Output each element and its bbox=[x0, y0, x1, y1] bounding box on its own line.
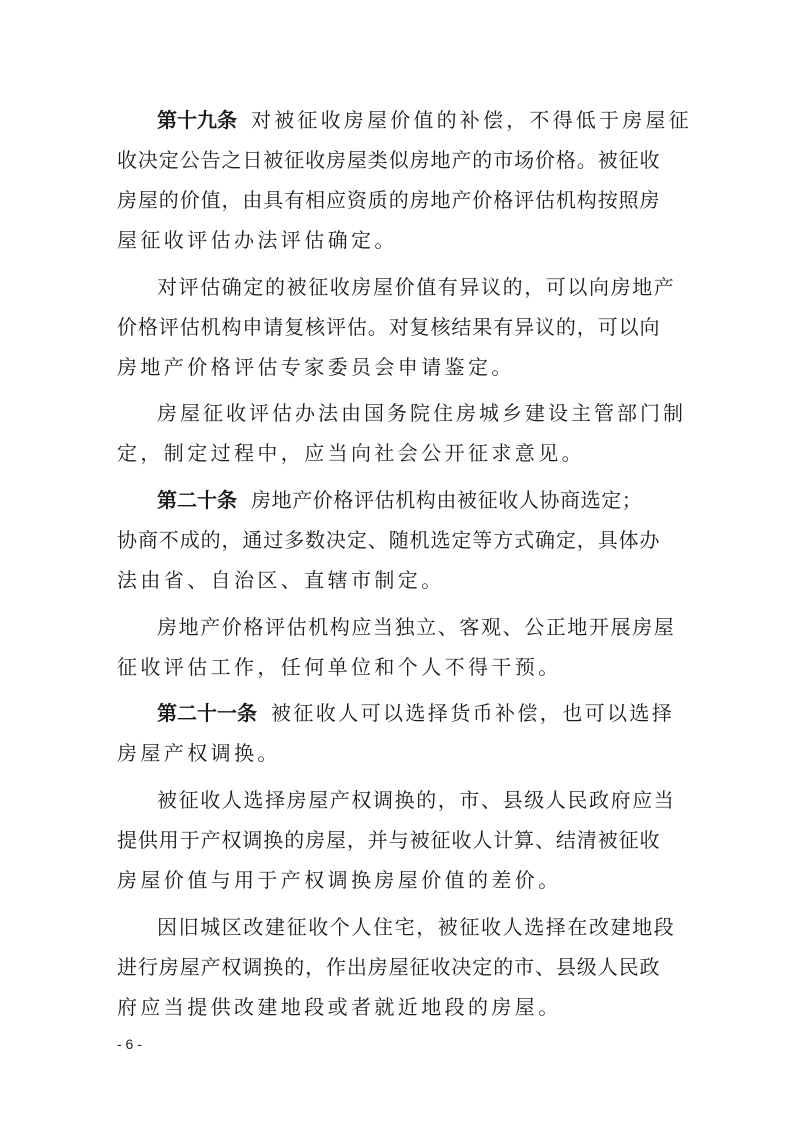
paragraph-line: 房屋价值与用于产权调换房屋价值的差价。 bbox=[117, 860, 677, 900]
article-heading: 第二十一条 bbox=[157, 693, 257, 733]
paragraph-line: 府应当提供改建地段或者就近地段的房屋。 bbox=[117, 987, 677, 1027]
page-number: - 6 - bbox=[117, 1036, 142, 1052]
paragraph-line: 第十九条 对被征收房屋价值的补偿，不得低于房屋征 bbox=[117, 100, 677, 140]
text-line: 房屋的价值，由具有相应资质的房地产价格评估机构按照房 bbox=[117, 180, 660, 220]
text-line: 因旧城区改建征收个人住宅，被征收人选择在改建地段 bbox=[157, 907, 675, 947]
paragraph-line: 因旧城区改建征收个人住宅，被征收人选择在改建地段 bbox=[117, 907, 677, 947]
text-line: 府应当提供改建地段或者就近地段的房屋。 bbox=[117, 987, 562, 1027]
text-line: 房地产价格评估机构应当独立、客观、公正地开展房屋 bbox=[157, 607, 675, 647]
text-line: 房屋价值与用于产权调换房屋价值的差价。 bbox=[117, 860, 562, 900]
paragraph-line: 房地产价格评估专家委员会申请鉴定。 bbox=[117, 347, 677, 387]
text-line: 提供用于产权调换的房屋，并与被征收人计算、结清被征收 bbox=[117, 820, 660, 860]
paragraph-line: 征收评估工作，任何单位和个人不得干预。 bbox=[117, 647, 677, 687]
text-line: 被征收人可以选择货币补偿，也可以选择 bbox=[271, 693, 677, 733]
article-heading: 第十九条 bbox=[157, 100, 237, 140]
text-line: 对被征收房屋价值的补偿，不得低于房屋征 bbox=[251, 100, 692, 140]
text-line: 定，制定过程中，应当向社会公开征求意见。 bbox=[117, 433, 585, 473]
text-line: 收决定公告之日被征收房屋类似房地产的市场价格。被征收 bbox=[117, 140, 660, 180]
text-line: 房地产价格评估机构由被征收人协商选定； bbox=[251, 480, 677, 520]
paragraph-line: 房屋征收评估办法由国务院住房城乡建设主管部门制 bbox=[117, 393, 677, 433]
paragraph-line: 提供用于产权调换的房屋，并与被征收人计算、结清被征收 bbox=[117, 820, 677, 860]
paragraph-line: 房屋产权调换。 bbox=[117, 733, 677, 773]
paragraph-line: 定，制定过程中，应当向社会公开征求意见。 bbox=[117, 433, 677, 473]
document-page: 第十九条 对被征收房屋价值的补偿，不得低于房屋征 收决定公告之日被征收房屋类似房… bbox=[0, 0, 793, 1122]
paragraph-line: 进行房屋产权调换的，作出房屋征收决定的市、县级人民政 bbox=[117, 947, 677, 987]
paragraph-line: 屋征收评估办法评估确定。 bbox=[117, 220, 677, 260]
paragraph-line: 协商不成的，通过多数决定、随机选定等方式确定，具体办 bbox=[117, 520, 677, 560]
text-line: 法由省、自治区、直辖市制定。 bbox=[117, 560, 445, 600]
paragraph-line: 法由省、自治区、直辖市制定。 bbox=[117, 560, 677, 600]
text-line: 房地产价格评估专家委员会申请鉴定。 bbox=[117, 347, 515, 387]
text-line: 对评估确定的被征收房屋价值有异议的，可以向房地产 bbox=[157, 267, 675, 307]
text-line: 被征收人选择房屋产权调换的，市、县级人民政府应当 bbox=[157, 780, 675, 820]
text-line: 征收评估工作，任何单位和个人不得干预。 bbox=[117, 647, 562, 687]
text-line: 房屋征收评估办法由国务院住房城乡建设主管部门制 bbox=[157, 393, 686, 433]
paragraph-line: 房地产价格评估机构应当独立、客观、公正地开展房屋 bbox=[117, 607, 677, 647]
text-line: 价格评估机构申请复核评估。对复核结果有异议的，可以向 bbox=[117, 307, 660, 347]
paragraph-line: 对评估确定的被征收房屋价值有异议的，可以向房地产 bbox=[117, 267, 677, 307]
paragraph-line: 价格评估机构申请复核评估。对复核结果有异议的，可以向 bbox=[117, 307, 677, 347]
article-heading: 第二十条 bbox=[157, 480, 237, 520]
text-line: 协商不成的，通过多数决定、随机选定等方式确定，具体办 bbox=[117, 520, 660, 560]
text-line: 房屋产权调换。 bbox=[117, 733, 281, 773]
paragraph-line: 房屋的价值，由具有相应资质的房地产价格评估机构按照房 bbox=[117, 180, 677, 220]
text-line: 进行房屋产权调换的，作出房屋征收决定的市、县级人民政 bbox=[117, 947, 660, 987]
paragraph-line: 第二十条 房地产价格评估机构由被征收人协商选定； bbox=[117, 480, 677, 520]
paragraph-line: 被征收人选择房屋产权调换的，市、县级人民政府应当 bbox=[117, 780, 677, 820]
paragraph-line: 收决定公告之日被征收房屋类似房地产的市场价格。被征收 bbox=[117, 140, 677, 180]
paragraph-line: 第二十一条 被征收人可以选择货币补偿，也可以选择 bbox=[117, 693, 677, 733]
text-line: 屋征收评估办法评估确定。 bbox=[117, 220, 398, 260]
